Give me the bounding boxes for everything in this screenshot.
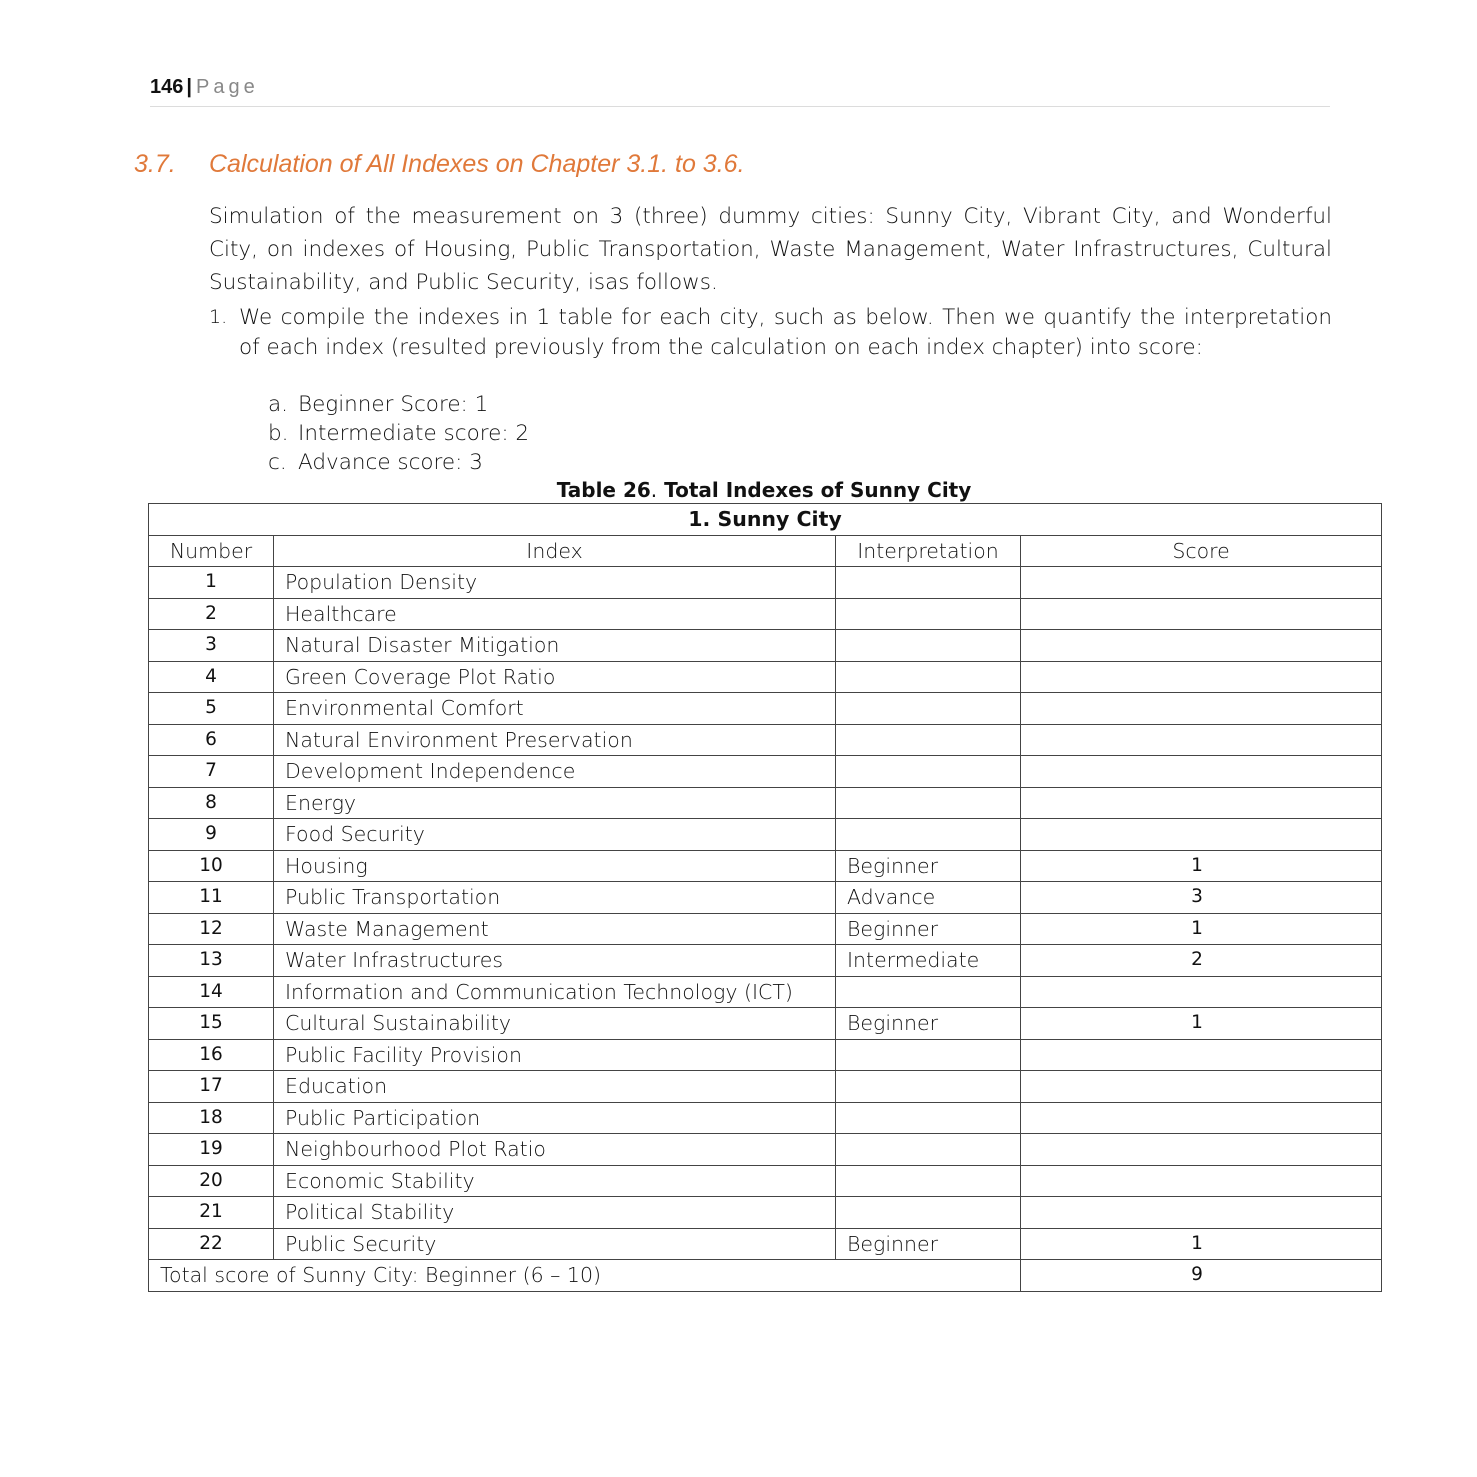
row-score	[1021, 1102, 1382, 1134]
row-index: Cultural Sustainability	[274, 1008, 836, 1040]
row-score	[1021, 724, 1382, 756]
sublist-text: Advance score: 3	[298, 450, 483, 475]
row-index: Waste Management	[274, 913, 836, 945]
table-row: 16Public Facility Provision	[149, 1039, 1382, 1071]
table-row: 4Green Coverage Plot Ratio	[149, 661, 1382, 693]
row-interpretation	[836, 1165, 1021, 1197]
row-number: 11	[149, 882, 274, 914]
row-interpretation: Intermediate	[836, 945, 1021, 977]
row-interpretation	[836, 819, 1021, 851]
list-item-number: 1.	[209, 303, 227, 333]
row-index: Green Coverage Plot Ratio	[274, 661, 836, 693]
row-score: 1	[1021, 850, 1382, 882]
row-interpretation	[836, 693, 1021, 725]
row-score: 3	[1021, 882, 1382, 914]
section-number: 3.7.	[134, 150, 209, 179]
row-index: Healthcare	[274, 598, 836, 630]
row-number: 19	[149, 1134, 274, 1166]
table-row: 21Political Stability	[149, 1197, 1382, 1229]
sublist-letter: a.	[268, 390, 298, 419]
row-number: 4	[149, 661, 274, 693]
table-row: 13Water InfrastructuresIntermediate2	[149, 945, 1382, 977]
column-header-index: Index	[274, 535, 836, 567]
row-number: 2	[149, 598, 274, 630]
city-heading-row: 1. Sunny City	[149, 504, 1382, 536]
list-item-text: We compile the indexes in 1 table for ea…	[239, 303, 1332, 362]
row-score	[1021, 567, 1382, 599]
row-number: 6	[149, 724, 274, 756]
row-index: Natural Disaster Mitigation	[274, 630, 836, 662]
row-interpretation	[836, 1039, 1021, 1071]
row-score	[1021, 1134, 1382, 1166]
caption-label: Table 26	[557, 478, 651, 502]
row-number: 8	[149, 787, 274, 819]
section-title: Calculation of All Indexes on Chapter 3.…	[209, 150, 745, 178]
row-number: 13	[149, 945, 274, 977]
row-score	[1021, 1039, 1382, 1071]
row-interpretation	[836, 661, 1021, 693]
table-row: 3Natural Disaster Mitigation	[149, 630, 1382, 662]
sublist-item: a.Beginner Score: 1	[268, 390, 529, 419]
table-row: 19Neighbourhood Plot Ratio	[149, 1134, 1382, 1166]
sublist-text: Beginner Score: 1	[298, 392, 488, 417]
row-interpretation	[836, 630, 1021, 662]
table-row: 12Waste ManagementBeginner1	[149, 913, 1382, 945]
table-row: 11Public TransportationAdvance3	[149, 882, 1382, 914]
row-score	[1021, 1165, 1382, 1197]
row-index: Public Facility Provision	[274, 1039, 836, 1071]
row-interpretation	[836, 567, 1021, 599]
row-number: 15	[149, 1008, 274, 1040]
row-number: 18	[149, 1102, 274, 1134]
sublist-letter: b.	[268, 419, 298, 448]
table-row: 5Environmental Comfort	[149, 693, 1382, 725]
row-number: 9	[149, 819, 274, 851]
table-row: 2Healthcare	[149, 598, 1382, 630]
row-score	[1021, 976, 1382, 1008]
row-interpretation: Beginner	[836, 850, 1021, 882]
row-score	[1021, 819, 1382, 851]
column-header-number: Number	[149, 535, 274, 567]
table-row: 1Population Density	[149, 567, 1382, 599]
table-row: 18Public Participation	[149, 1102, 1382, 1134]
row-score	[1021, 661, 1382, 693]
row-number: 5	[149, 693, 274, 725]
row-interpretation	[836, 1071, 1021, 1103]
row-index: Public Participation	[274, 1102, 836, 1134]
row-index: Population Density	[274, 567, 836, 599]
page-header: 146|Page	[150, 76, 1330, 107]
row-interpretation	[836, 1102, 1021, 1134]
row-interpretation	[836, 976, 1021, 1008]
row-number: 17	[149, 1071, 274, 1103]
column-header-interpretation: Interpretation	[836, 535, 1021, 567]
row-interpretation	[836, 787, 1021, 819]
city-heading: 1. Sunny City	[149, 504, 1382, 536]
page-number: 146	[150, 76, 183, 98]
row-index: Neighbourhood Plot Ratio	[274, 1134, 836, 1166]
row-index: Natural Environment Preservation	[274, 724, 836, 756]
row-index: Political Stability	[274, 1197, 836, 1229]
row-score	[1021, 598, 1382, 630]
row-interpretation	[836, 756, 1021, 788]
caption-title: Total Indexes of Sunny City	[657, 478, 971, 502]
row-index: Environmental Comfort	[274, 693, 836, 725]
row-index: Economic Stability	[274, 1165, 836, 1197]
row-number: 7	[149, 756, 274, 788]
row-index: Water Infrastructures	[274, 945, 836, 977]
row-number: 14	[149, 976, 274, 1008]
row-score	[1021, 693, 1382, 725]
row-score	[1021, 1197, 1382, 1229]
row-interpretation: Advance	[836, 882, 1021, 914]
table-row: 15Cultural SustainabilityBeginner1	[149, 1008, 1382, 1040]
row-score: 2	[1021, 945, 1382, 977]
row-interpretation: Beginner	[836, 1008, 1021, 1040]
sublist-item: b.Intermediate score: 2	[268, 419, 529, 448]
row-score: 1	[1021, 913, 1382, 945]
table-row: 7Development Independence	[149, 756, 1382, 788]
row-number: 21	[149, 1197, 274, 1229]
row-interpretation	[836, 724, 1021, 756]
column-header-score: Score	[1021, 535, 1382, 567]
row-index: Public Security	[274, 1228, 836, 1260]
row-interpretation: Beginner	[836, 913, 1021, 945]
table-row: 14Information and Communication Technolo…	[149, 976, 1382, 1008]
row-number: 12	[149, 913, 274, 945]
row-score: 1	[1021, 1228, 1382, 1260]
row-score	[1021, 756, 1382, 788]
row-index: Development Independence	[274, 756, 836, 788]
total-label: Total score of Sunny City: Beginner (6 –…	[149, 1260, 1021, 1292]
row-index: Housing	[274, 850, 836, 882]
row-number: 1	[149, 567, 274, 599]
table-row: 10HousingBeginner1	[149, 850, 1382, 882]
page-separator: |	[186, 76, 192, 98]
row-interpretation	[836, 598, 1021, 630]
table-row: 6Natural Environment Preservation	[149, 724, 1382, 756]
section-heading: 3.7.Calculation of All Indexes on Chapte…	[134, 150, 745, 179]
table-row: 20Economic Stability	[149, 1165, 1382, 1197]
row-interpretation: Beginner	[836, 1228, 1021, 1260]
row-index: Food Security	[274, 819, 836, 851]
total-score: 9	[1021, 1260, 1382, 1292]
row-index: Education	[274, 1071, 836, 1103]
row-score	[1021, 787, 1382, 819]
table-row: 22Public SecurityBeginner1	[149, 1228, 1382, 1260]
page-label: Page	[196, 76, 259, 98]
indexes-table: 1. Sunny City Number Index Interpretatio…	[148, 503, 1382, 1292]
row-interpretation	[836, 1134, 1021, 1166]
row-index: Public Transportation	[274, 882, 836, 914]
row-score: 1	[1021, 1008, 1382, 1040]
column-header-row: Number Index Interpretation Score	[149, 535, 1382, 567]
list-item-1: 1. We compile the indexes in 1 table for…	[209, 303, 1332, 362]
row-index: Energy	[274, 787, 836, 819]
row-interpretation	[836, 1197, 1021, 1229]
total-row: Total score of Sunny City: Beginner (6 –…	[149, 1260, 1382, 1292]
row-score	[1021, 1071, 1382, 1103]
intro-paragraph: Simulation of the measurement on 3 (thre…	[209, 200, 1332, 299]
row-number: 20	[149, 1165, 274, 1197]
sublist-text: Intermediate score: 2	[298, 421, 529, 446]
row-number: 10	[149, 850, 274, 882]
row-number: 3	[149, 630, 274, 662]
sublist-letter: c.	[268, 448, 298, 477]
table-row: 8Energy	[149, 787, 1382, 819]
score-sublist: a.Beginner Score: 1 b.Intermediate score…	[268, 390, 529, 477]
row-score	[1021, 630, 1382, 662]
table-caption: Table 26. Total Indexes of Sunny City	[148, 478, 1380, 502]
row-number: 16	[149, 1039, 274, 1071]
row-index: Information and Communication Technology…	[274, 976, 836, 1008]
row-number: 22	[149, 1228, 274, 1260]
table-row: 17Education	[149, 1071, 1382, 1103]
table-row: 9Food Security	[149, 819, 1382, 851]
sublist-item: c.Advance score: 3	[268, 448, 529, 477]
